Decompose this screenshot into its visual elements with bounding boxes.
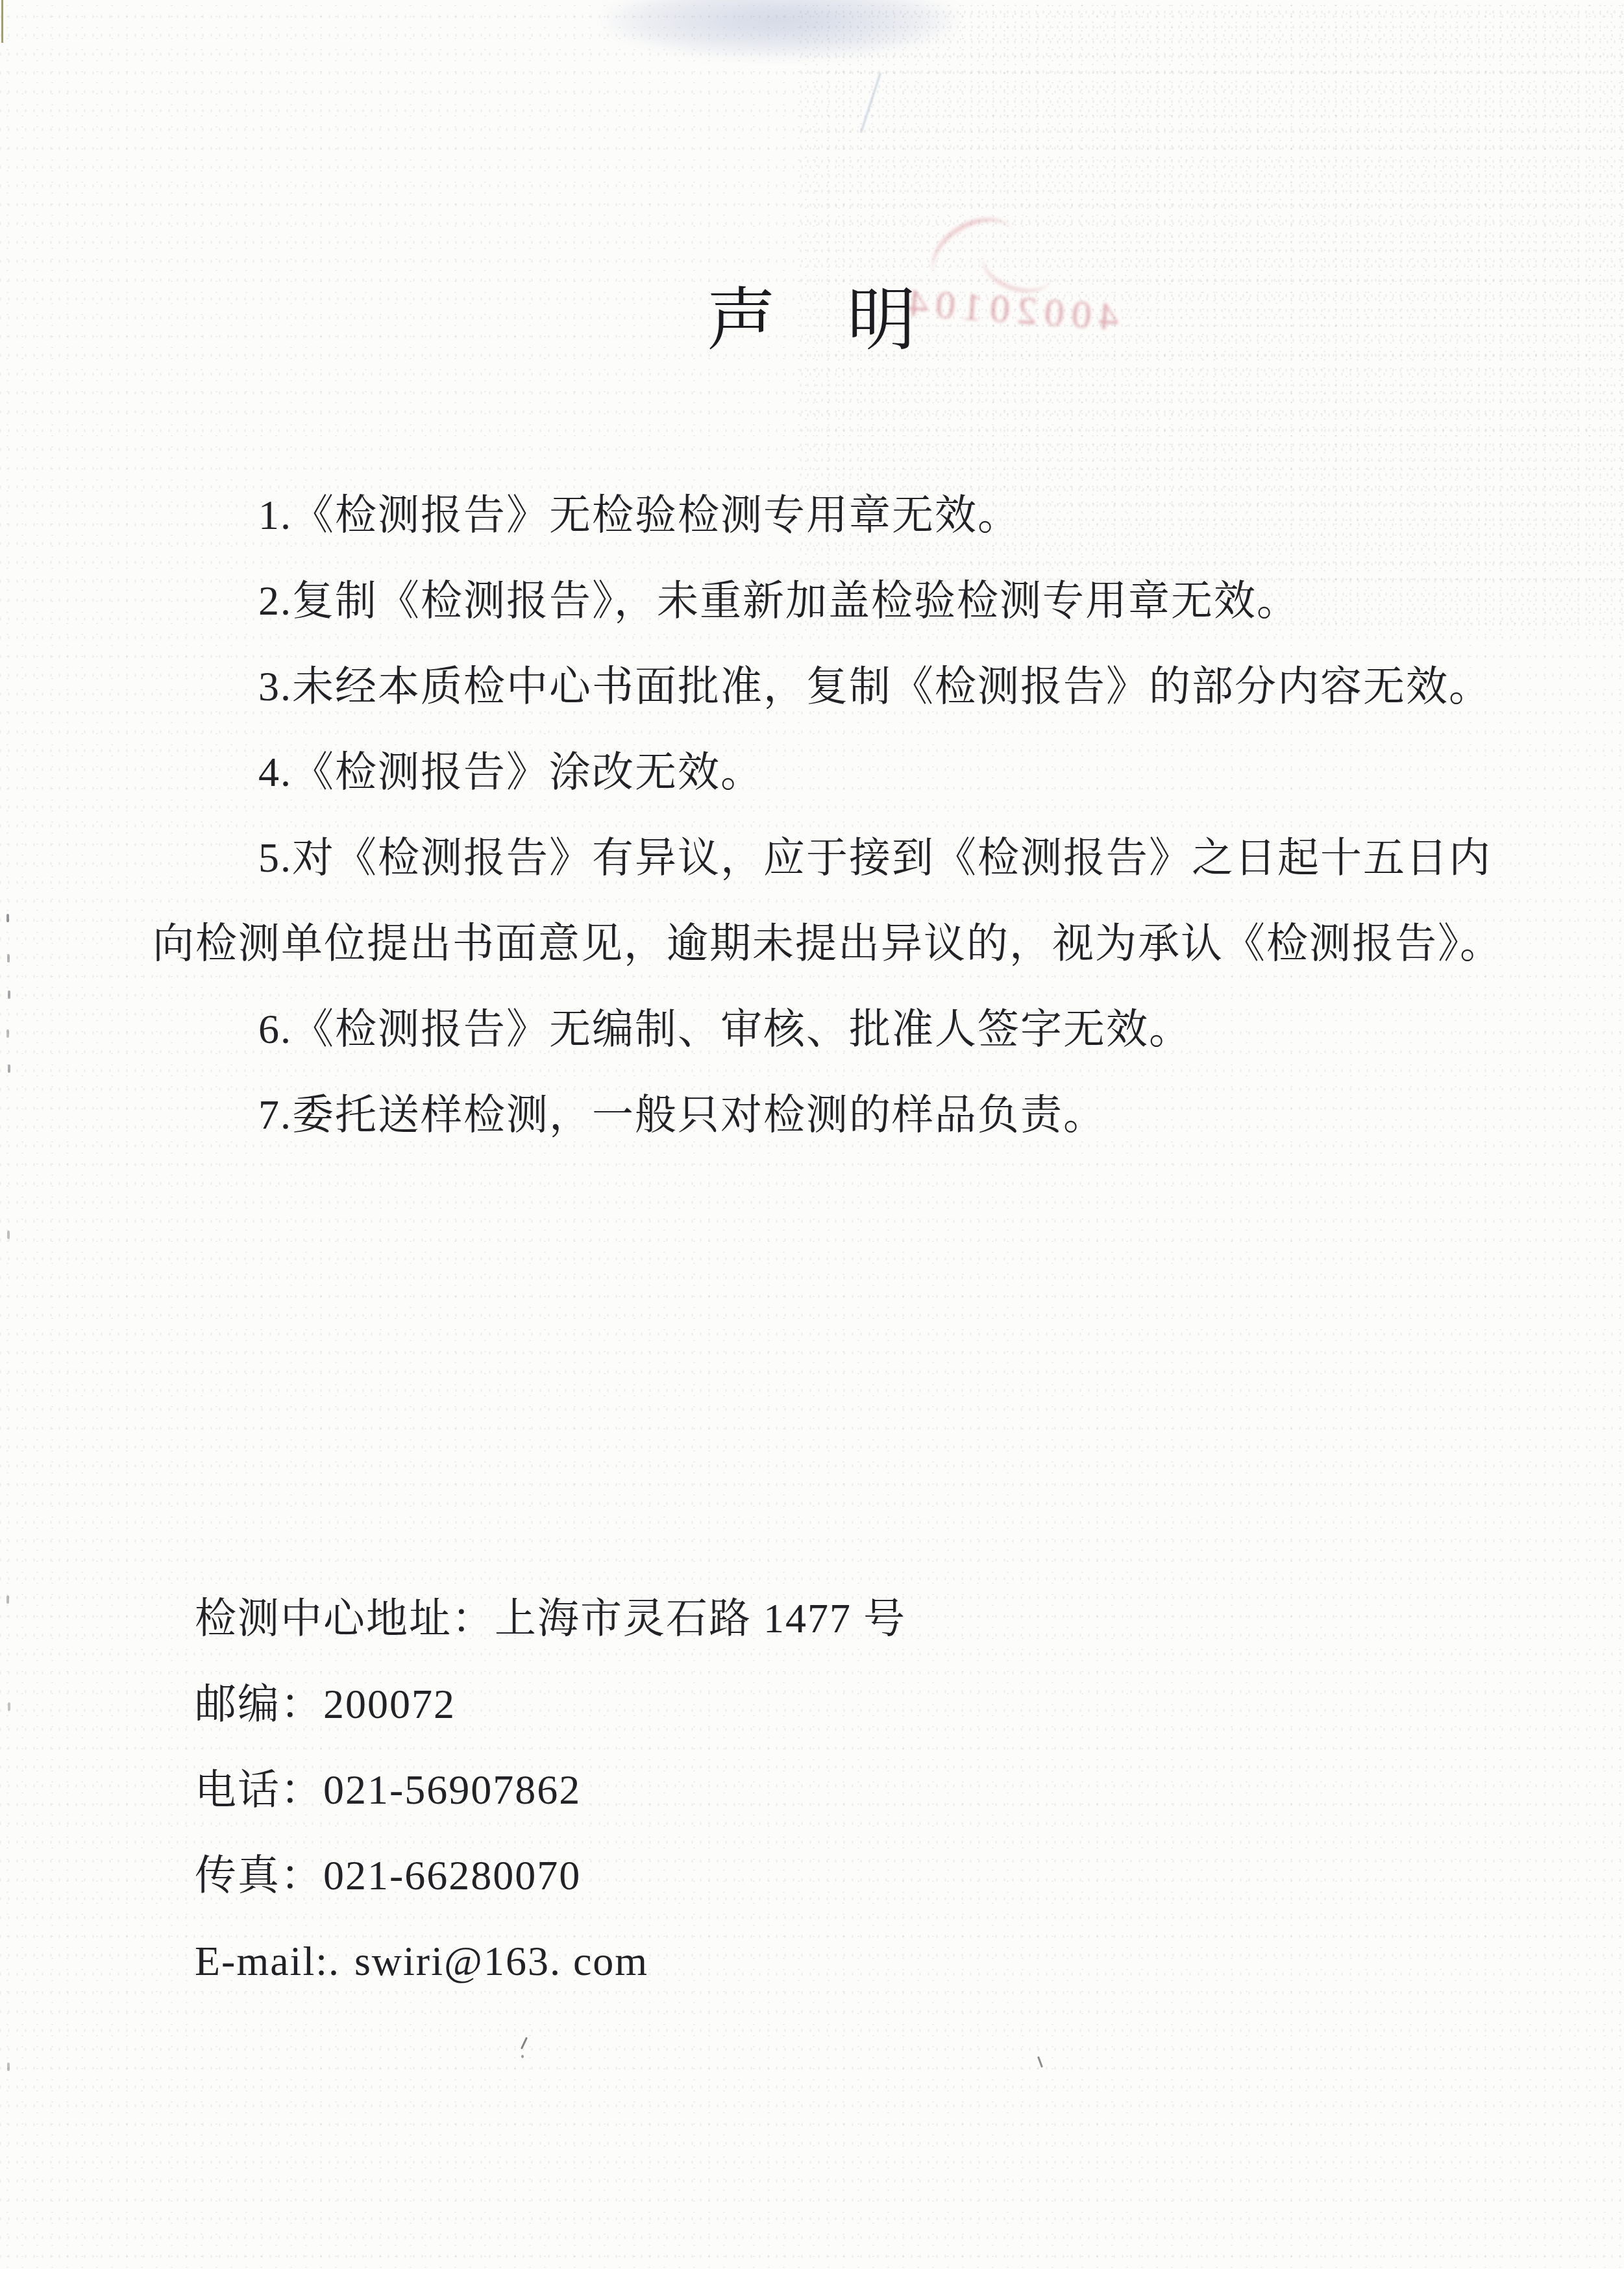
- scan-streak: [860, 73, 881, 132]
- statement-clause-1: 1.《检测报告》无检验检测专用章无效。: [258, 491, 1020, 541]
- contact-email-value: swiri@163. com: [354, 1938, 648, 1984]
- statement-clause-5-line-2: 向检测单位提出书面意见，逾期未提出异议的，视为承认《检测报告》。: [153, 919, 1503, 969]
- statement-clause-4: 4.《检测报告》涂改无效。: [258, 748, 763, 798]
- contact-address: 检测中心地址：上海市灵石路 1477 号: [195, 1594, 906, 1644]
- contact-email-label: E-mail:.: [195, 1938, 340, 1984]
- statement-clause-7: 7.委托送样检测，一般只对检测的样品负责。: [258, 1090, 1106, 1140]
- contact-fax: 传真：021-66280070: [195, 1851, 581, 1901]
- ink-speck: [521, 2037, 528, 2049]
- contact-fax-value: 021-66280070: [323, 1852, 581, 1898]
- ink-speck: [521, 2055, 524, 2058]
- statement-clause-3: 3.未经本质检中心书面批准，复制《检测报告》的部分内容无效。: [258, 662, 1492, 712]
- contact-phone-label: 电话：: [195, 1767, 323, 1813]
- scan-smudge-top: [604, 0, 957, 58]
- contact-phone-value: 021-56907862: [323, 1767, 581, 1813]
- ink-speck: [1037, 2056, 1043, 2068]
- scanned-statement-page: 40020104 声 明 1.《检测报告》无检验检测专用章无效。 2.复制《检测…: [0, 0, 1624, 2269]
- binding-edge-marks: [6, 914, 9, 922]
- contact-email: E-mail:.swiri@163. com: [195, 1937, 648, 1987]
- contact-address-value: 上海市灵石路 1477 号: [495, 1595, 906, 1641]
- contact-postcode: 邮编：200072: [195, 1680, 456, 1730]
- contact-phone: 电话：021-56907862: [195, 1765, 581, 1815]
- page-edge-artifact: [1, 0, 3, 43]
- contact-address-label: 检测中心地址：: [195, 1595, 495, 1641]
- statement-clause-6: 6.《检测报告》无编制、审核、批准人签字无效。: [258, 1005, 1192, 1055]
- contact-postcode-value: 200072: [323, 1681, 456, 1727]
- contact-postcode-label: 邮编：: [195, 1681, 323, 1727]
- statement-clause-2: 2.复制《检测报告》，未重新加盖检验检测专用章无效。: [258, 576, 1299, 626]
- statement-title: 声 明: [0, 283, 1624, 359]
- contact-fax-label: 传真：: [195, 1852, 323, 1898]
- statement-clause-5-line-1: 5.对《检测报告》有异议，应于接到《检测报告》之日起十五日内: [258, 833, 1492, 883]
